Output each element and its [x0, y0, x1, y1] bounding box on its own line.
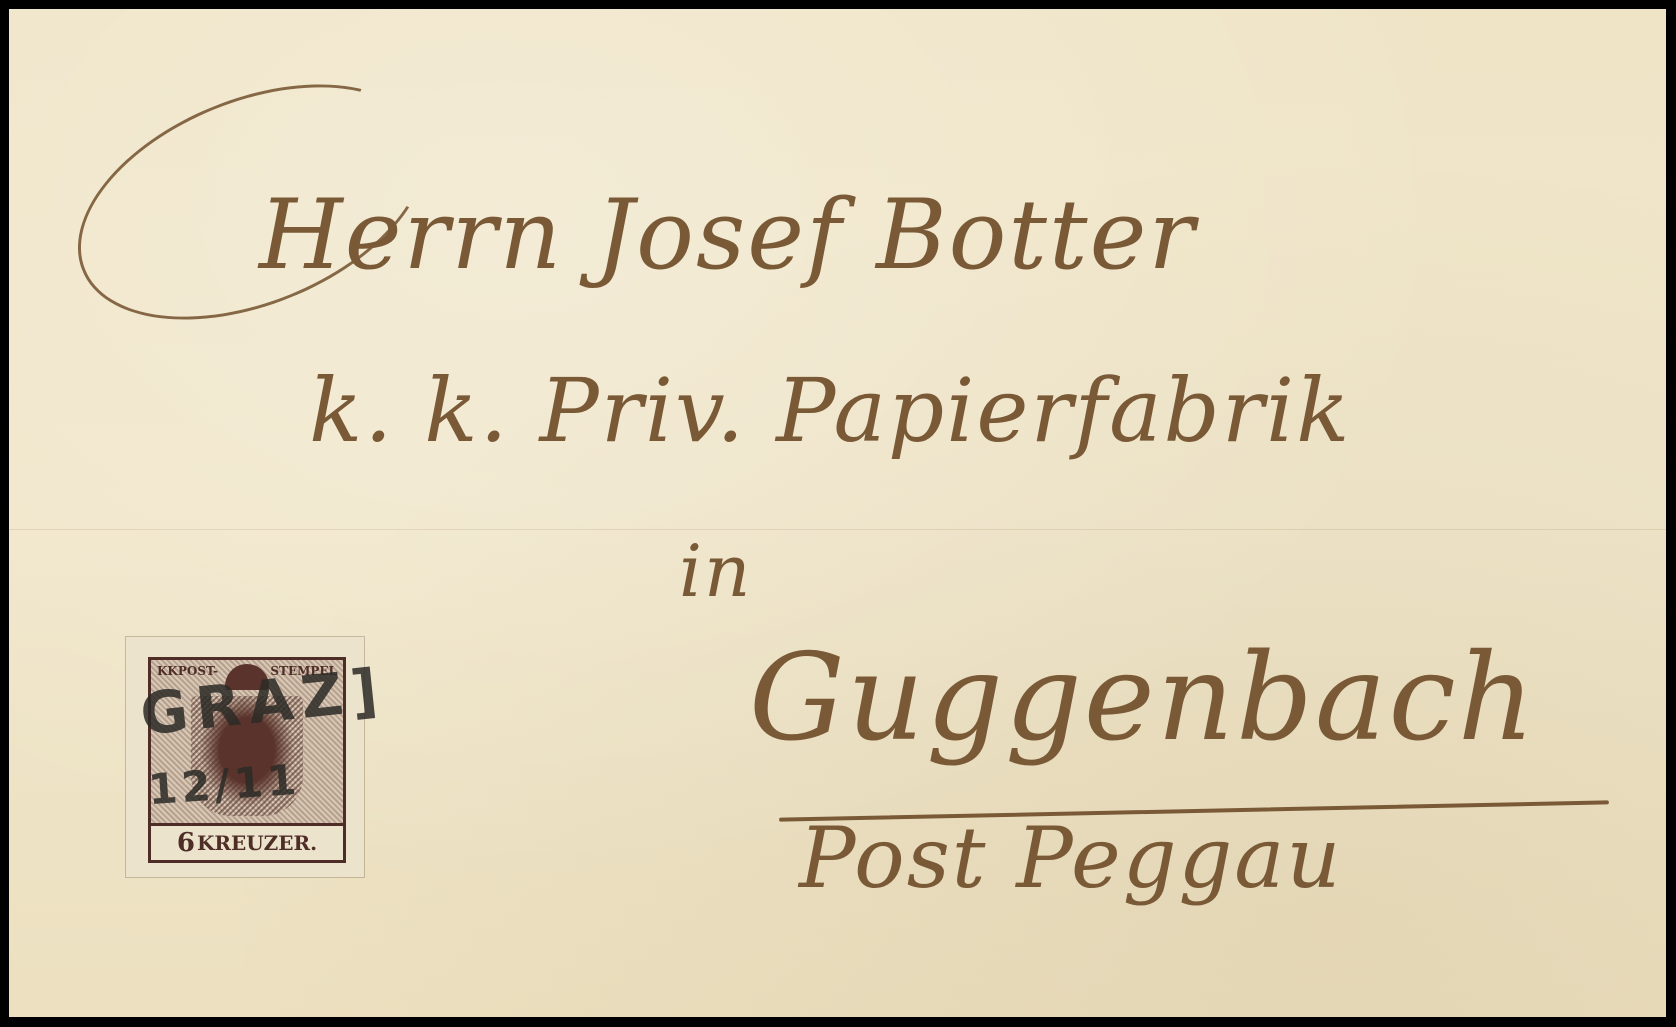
fold-line: [9, 529, 1666, 530]
stamp-value-text: KREUZER.: [197, 831, 317, 855]
address-line-in: in: [679, 529, 752, 613]
address-line-town: Guggenbach: [749, 629, 1537, 768]
address-line-recipient: Herrn Josef Botter: [259, 179, 1196, 291]
stamp-value-number: 6: [177, 828, 195, 858]
address-line-company: k. k. Priv. Papierfabrik: [309, 359, 1351, 462]
stamp-denomination: 6 KREUZER.: [151, 823, 343, 860]
address-line-post: Post Peggau: [799, 809, 1342, 907]
